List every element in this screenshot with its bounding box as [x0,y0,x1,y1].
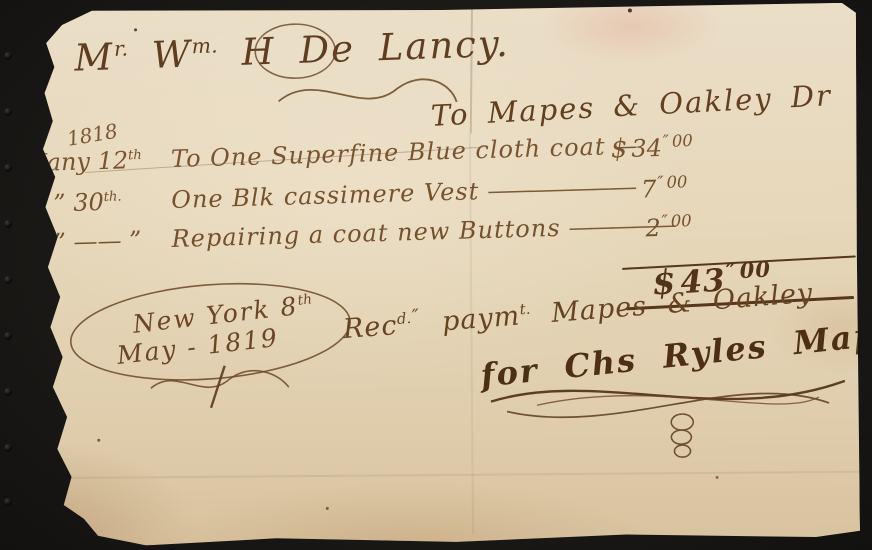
punch-hole [4,332,12,340]
ink-speck [134,28,137,31]
ink-speck [326,507,329,510]
punch-hole [4,220,12,228]
punch-hole [4,52,12,60]
punch-hole [4,108,12,116]
addressee-rest: H De Lancy. [241,22,511,74]
item-date: ” 30th. [53,187,122,217]
addressee-prefix: M [74,35,115,79]
punch-hole [4,276,12,284]
punch-hole [4,164,12,172]
fold-crease-horizontal [26,471,860,480]
scan-background: { "colors": { "background": "#1c1a17", "… [0,0,872,550]
item-date: Jany 12th [37,146,143,177]
item-amount: 7″00 [637,171,688,204]
filler-dash: ——————— [487,173,635,205]
item-amount: 2″00 [641,210,692,243]
item-description: To One Superfine Blue cloth coat— [171,132,635,173]
punch-hole [4,444,12,452]
addressee-first-sup: m. [191,33,218,58]
item-date: ” —— ” [53,226,142,257]
punch-hole [4,388,12,396]
item-amount: $34″00 [610,130,693,164]
ink-speck [97,439,100,442]
ink-speck [716,476,719,479]
addressee-first: W [151,33,192,77]
document-sheet: Mr. Wm. H De Lancy. To Mapes & Oakley Dr… [22,3,860,548]
dateline-flourish [145,363,295,410]
ink-speck [43,226,47,230]
billed-to-line: To Mapes & Oakley Dr [430,78,833,133]
ink-speck [628,8,632,12]
addressee-prefix-sup: r. [114,36,129,60]
item-description: One Blk cassimere Vest——————— [171,173,635,214]
punch-hole [4,498,12,506]
addressee-line: Mr. Wm. H De Lancy. [74,22,511,80]
